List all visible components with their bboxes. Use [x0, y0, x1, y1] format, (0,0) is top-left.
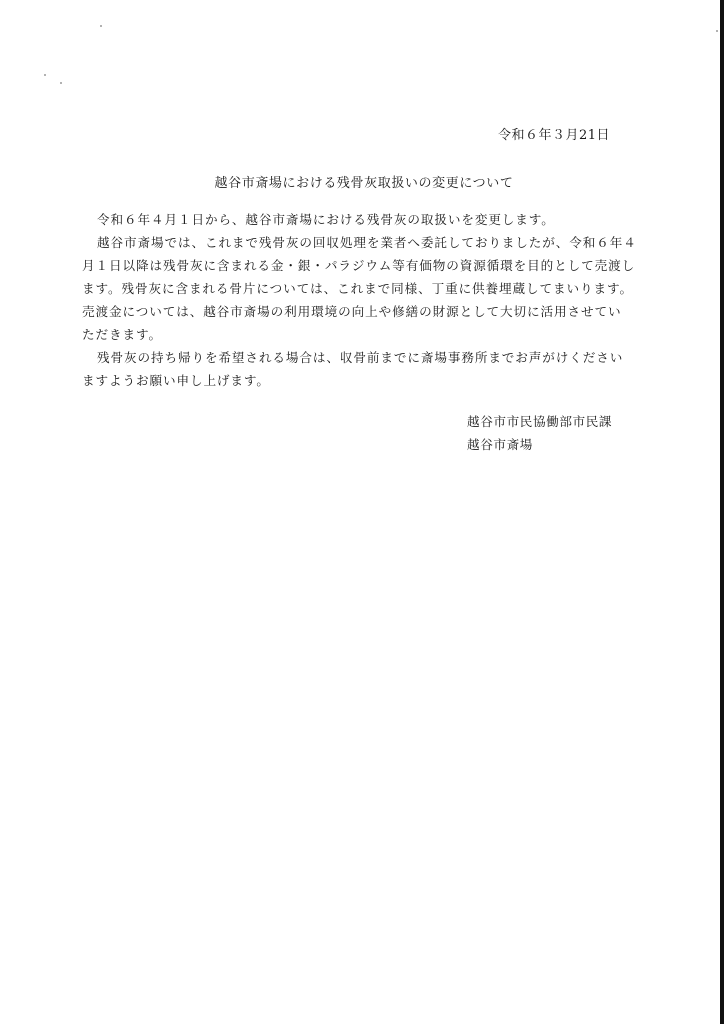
scan-border [720, 0, 724, 1024]
paragraph-2-line-2: 月１日以降は残骨灰に含まれる金・銀・パラジウム等有価物の資源循環を目的として売渡… [82, 254, 620, 277]
document-body: 令和６年４月１日から、越谷市斎場における残骨灰の取扱いを変更します。 越谷市斎場… [82, 208, 620, 392]
paragraph-2-line-4: 売渡金については、越谷市斎場の利用環境の向上や修繕の財源として大切に活用させてい [82, 300, 620, 323]
signature-department: 越谷市市民協働部市民課 [467, 410, 612, 433]
paragraph-1-line-1: 令和６年４月１日から、越谷市斎場における残骨灰の取扱いを変更します。 [82, 208, 620, 231]
paragraph-2-line-3: ます。残骨灰に含まれる骨片については、これまで同様、丁重に供養埋蔵してまいります… [82, 277, 620, 300]
signature-block: 越谷市市民協働部市民課 越谷市斎場 [467, 410, 612, 456]
document-date: 令和６年３月21日 [498, 124, 610, 143]
scan-speck [716, 30, 718, 32]
paragraph-2-line-1: 越谷市斎場では、これまで残骨灰の回収処理を業者へ委託しておりましたが、令和６年４ [82, 231, 620, 254]
document-page: 令和６年３月21日 越谷市斎場における残骨灰取扱いの変更について 令和６年４月１… [0, 0, 724, 1024]
signature-facility: 越谷市斎場 [467, 433, 612, 456]
scan-speck [44, 74, 46, 76]
paragraph-3-line-1: 残骨灰の持ち帰りを希望される場合は、収骨前までに斎場事務所までお声がけください [82, 346, 620, 369]
document-title: 越谷市斎場における残骨灰取扱いの変更について [0, 172, 724, 191]
scan-speck [60, 82, 62, 84]
paragraph-3-line-2: ますようお願い申し上げます。 [82, 369, 620, 392]
paragraph-2-line-5: ただきます。 [82, 323, 620, 346]
scan-speck [100, 25, 102, 27]
